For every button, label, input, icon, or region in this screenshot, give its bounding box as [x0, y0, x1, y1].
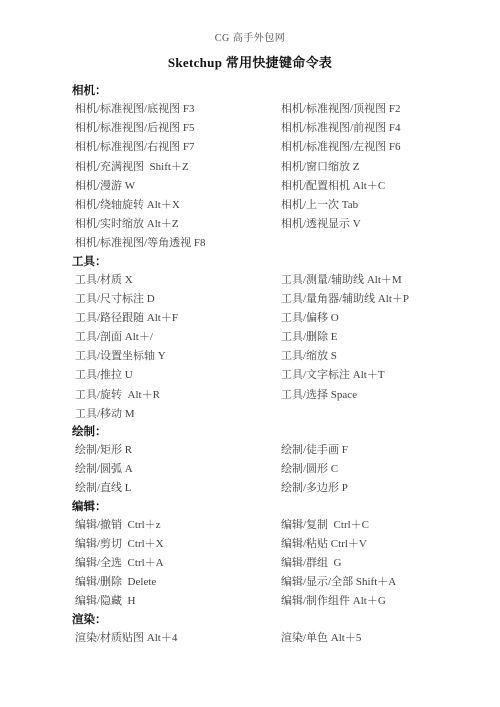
site-header-text: CG 高手外包网: [0, 0, 500, 45]
shortcut-row: 编辑/剪切 Ctrl＋X编辑/粘贴 Ctrl＋V: [0, 535, 500, 554]
shortcut-left: 工具/剖面 Alt＋/: [75, 328, 281, 347]
shortcut-right: 相机/透视显示 V: [281, 215, 361, 234]
section-heading-2: 绘制：: [72, 424, 500, 441]
shortcut-left: 工具/设置坐标轴 Y: [75, 347, 281, 366]
shortcut-sections: 相机：相机/标准视图/底视图 F3相机/标准视图/顶视图 F2相机/标准视图/后…: [0, 83, 500, 648]
shortcut-row: 编辑/撤销 Ctrl＋z编辑/复制 Ctrl＋C: [0, 516, 500, 535]
shortcut-row: 相机/标准视图/底视图 F3相机/标准视图/顶视图 F2: [0, 100, 500, 119]
shortcut-right: 绘制/多边形 P: [281, 479, 348, 498]
shortcut-left: 相机/标准视图/底视图 F3: [75, 100, 281, 119]
shortcut-left: 工具/移动 M: [75, 405, 281, 424]
shortcut-left: 工具/路径跟随 Alt＋F: [75, 309, 281, 328]
shortcut-right: 相机/窗口缩放 Z: [281, 158, 360, 177]
shortcut-left: 工具/推拉 U: [75, 366, 281, 385]
shortcut-left: 编辑/全选 Ctrl＋A: [75, 554, 281, 573]
shortcut-right: 工具/量角器/辅助线 Alt＋P: [281, 290, 409, 309]
shortcut-right: 工具/偏移 O: [281, 309, 339, 328]
section-heading-3: 编辑：: [72, 499, 500, 516]
section-heading-4: 渲染：: [72, 612, 500, 629]
shortcut-left: 相机/标准视图/等角透视 F8: [75, 234, 281, 253]
section-heading-0: 相机：: [72, 83, 500, 100]
shortcut-row: 绘制/矩形 R绘制/徒手画 F: [0, 441, 500, 460]
shortcut-row: 工具/材质 X工具/测量/辅助线 Alt＋M: [0, 271, 500, 290]
shortcut-left: 编辑/撤销 Ctrl＋z: [75, 516, 281, 535]
shortcut-right: 编辑/粘贴 Ctrl＋V: [281, 535, 367, 554]
shortcut-row: 渲染/材质贴图 Alt＋4渲染/单色 Alt＋5: [0, 629, 500, 648]
shortcut-row: 相机/标准视图/后视图 F5相机/标准视图/前视图 F4: [0, 119, 500, 138]
shortcut-row: 工具/剖面 Alt＋/工具/删除 E: [0, 328, 500, 347]
shortcut-left: 编辑/剪切 Ctrl＋X: [75, 535, 281, 554]
shortcut-right: 编辑/显示/全部 Shift＋A: [281, 573, 396, 592]
shortcut-row: 工具/移动 M: [0, 405, 500, 424]
shortcut-row: 相机/标准视图/等角透视 F8: [0, 234, 500, 253]
shortcut-left: 工具/尺寸标注 D: [75, 290, 281, 309]
shortcut-row: 相机/实时缩放 Alt＋Z相机/透视显示 V: [0, 215, 500, 234]
shortcut-right: 工具/测量/辅助线 Alt＋M: [281, 271, 402, 290]
shortcut-left: 编辑/删除 Delete: [75, 573, 281, 592]
shortcut-right: 相机/标准视图/顶视图 F2: [281, 100, 400, 119]
shortcut-right: 工具/文字标注 Alt＋T: [281, 366, 385, 385]
shortcut-right: 编辑/复制 Ctrl＋C: [281, 516, 369, 535]
shortcut-left: 编辑/隐藏 H: [75, 592, 281, 611]
shortcut-right: 相机/上一次 Tab: [281, 196, 358, 215]
shortcut-right: 相机/标准视图/前视图 F4: [281, 119, 400, 138]
shortcut-left: 相机/标准视图/右视图 F7: [75, 138, 281, 157]
shortcut-left: 相机/绕轴旋转 Alt＋X: [75, 196, 281, 215]
shortcut-row: 工具/尺寸标注 D工具/量角器/辅助线 Alt＋P: [0, 290, 500, 309]
shortcut-left: 绘制/直线 L: [75, 479, 281, 498]
shortcut-right: 工具/删除 E: [281, 328, 338, 347]
shortcut-row: 绘制/圆弧 A绘制/圆形 C: [0, 460, 500, 479]
page-title: Sketchup 常用快捷键命令表: [0, 54, 500, 71]
shortcut-left: 绘制/圆弧 A: [75, 460, 281, 479]
shortcut-row: 编辑/全选 Ctrl＋A编辑/群组 G: [0, 554, 500, 573]
shortcut-left: 相机/漫游 W: [75, 177, 281, 196]
shortcut-right: 相机/配置相机 Alt＋C: [281, 177, 385, 196]
shortcut-right: 绘制/徒手画 F: [281, 441, 348, 460]
document-page: CG 高手外包网 Sketchup 常用快捷键命令表 相机：相机/标准视图/底视…: [0, 0, 500, 707]
shortcut-right: 编辑/制作组件 Alt＋G: [281, 592, 386, 611]
shortcut-row: 相机/漫游 W相机/配置相机 Alt＋C: [0, 177, 500, 196]
shortcut-row: 编辑/删除 Delete编辑/显示/全部 Shift＋A: [0, 573, 500, 592]
shortcut-left: 渲染/材质贴图 Alt＋4: [75, 629, 281, 648]
shortcut-right: 工具/选择 Space: [281, 386, 357, 405]
shortcut-row: 编辑/隐藏 H编辑/制作组件 Alt＋G: [0, 592, 500, 611]
shortcut-row: 工具/推拉 U工具/文字标注 Alt＋T: [0, 366, 500, 385]
shortcut-row: 相机/绕轴旋转 Alt＋X相机/上一次 Tab: [0, 196, 500, 215]
shortcut-row: 绘制/直线 L绘制/多边形 P: [0, 479, 500, 498]
shortcut-right: 渲染/单色 Alt＋5: [281, 629, 361, 648]
shortcut-left: 相机/充满视图 Shift＋Z: [75, 158, 281, 177]
shortcut-left: 工具/旋转 Alt＋R: [75, 386, 281, 405]
section-heading-1: 工具：: [72, 254, 500, 271]
shortcut-right: 绘制/圆形 C: [281, 460, 338, 479]
shortcut-row: 工具/设置坐标轴 Y工具/缩放 S: [0, 347, 500, 366]
shortcut-row: 工具/路径跟随 Alt＋F工具/偏移 O: [0, 309, 500, 328]
shortcut-right: 工具/缩放 S: [281, 347, 337, 366]
shortcut-left: 工具/材质 X: [75, 271, 281, 290]
shortcut-left: 相机/标准视图/后视图 F5: [75, 119, 281, 138]
shortcut-left: 相机/实时缩放 Alt＋Z: [75, 215, 281, 234]
shortcut-row: 相机/充满视图 Shift＋Z相机/窗口缩放 Z: [0, 158, 500, 177]
shortcut-right: 编辑/群组 G: [281, 554, 342, 573]
shortcut-left: 绘制/矩形 R: [75, 441, 281, 460]
shortcut-row: 相机/标准视图/右视图 F7相机/标准视图/左视图 F6: [0, 138, 500, 157]
shortcut-right: 相机/标准视图/左视图 F6: [281, 138, 400, 157]
shortcut-row: 工具/旋转 Alt＋R工具/选择 Space: [0, 386, 500, 405]
